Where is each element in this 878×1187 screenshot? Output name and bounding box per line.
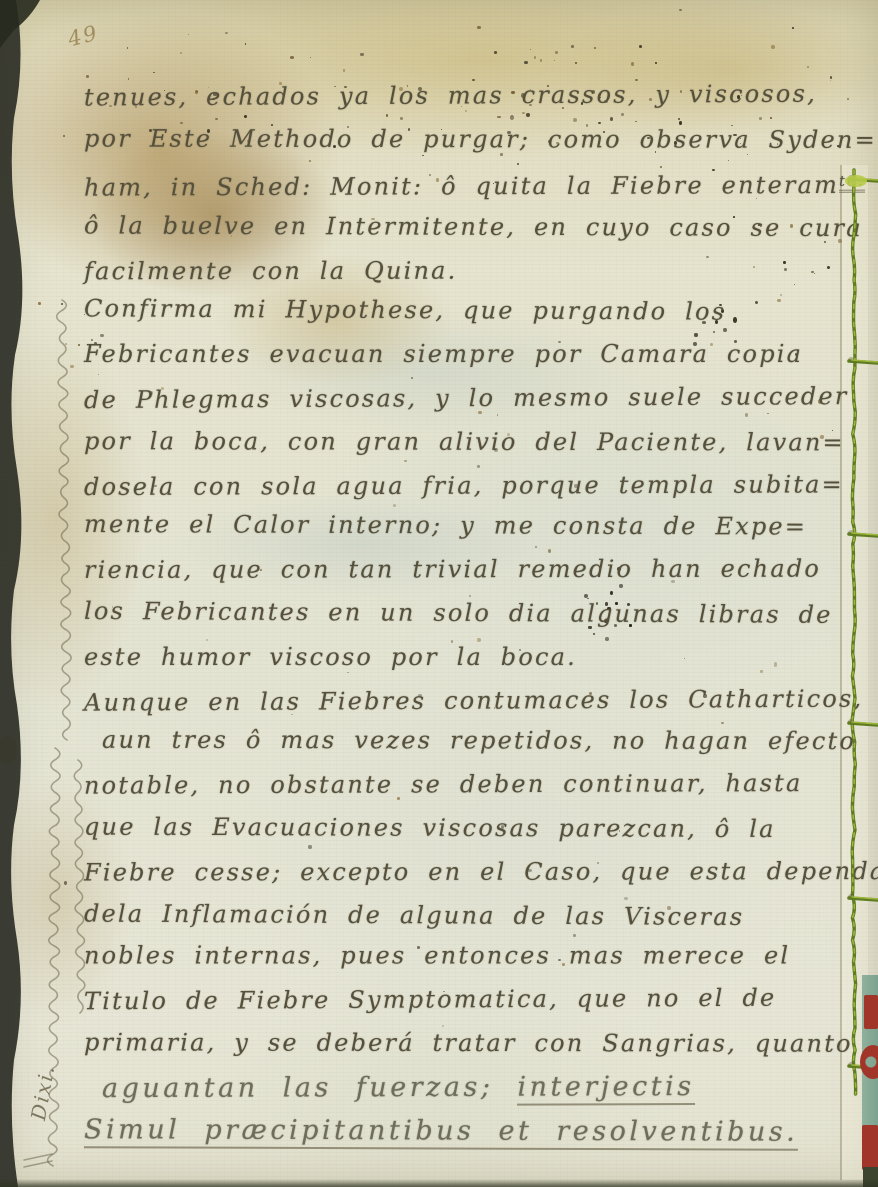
red-print-fragment <box>862 1125 878 1170</box>
red-print-fragment <box>864 995 878 1029</box>
manuscript-page: 49 tenues, echados ya los mas crassos, y… <box>0 0 878 1187</box>
thread-stroke <box>845 175 867 187</box>
binding-thread <box>0 0 878 1187</box>
page-bottom-edge <box>0 1179 878 1187</box>
